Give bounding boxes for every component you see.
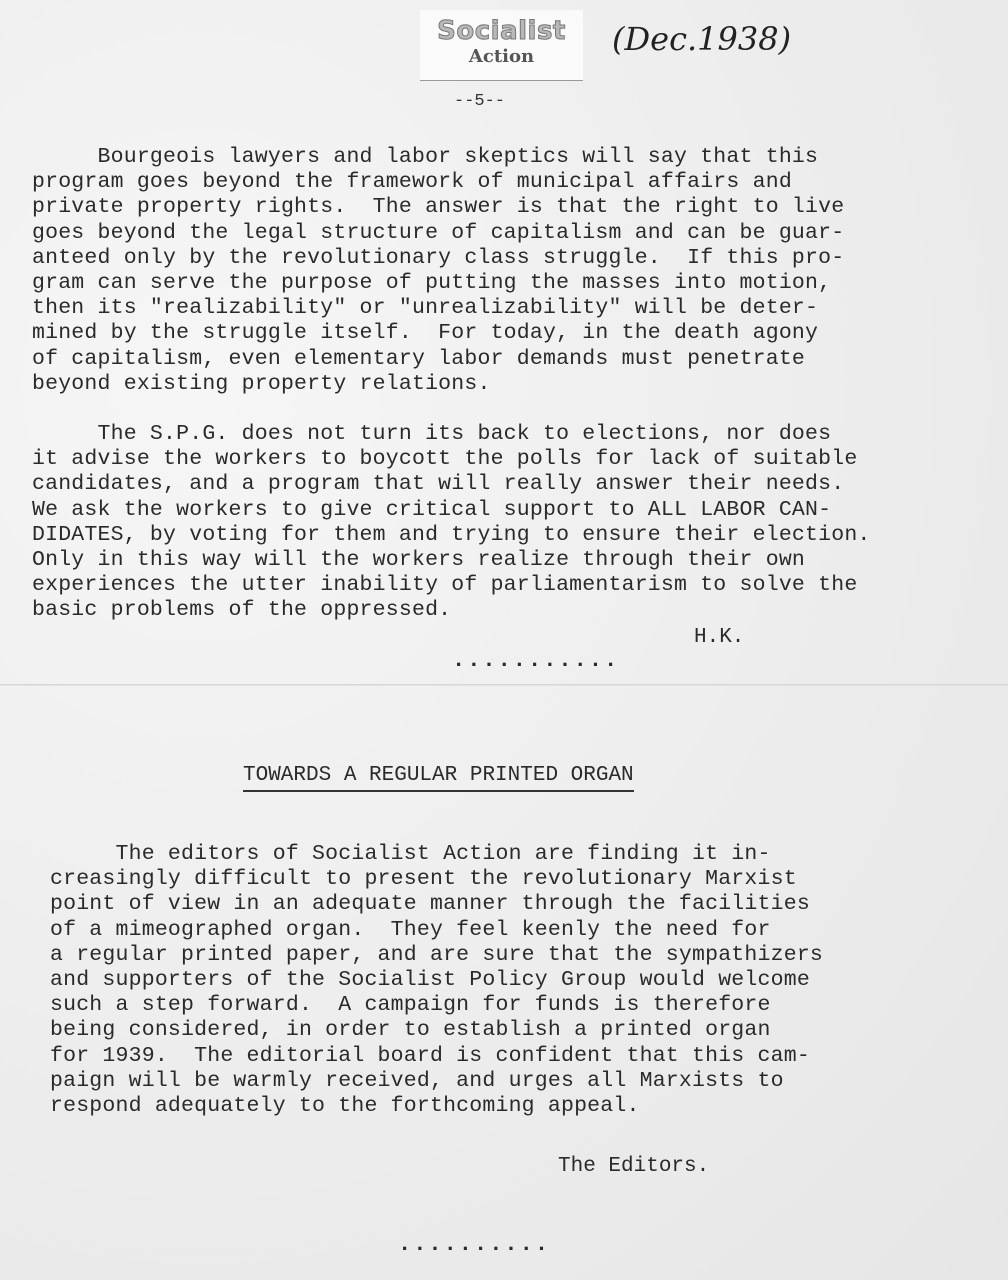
masthead: Socialist Action — [420, 10, 583, 81]
article1-signature: H.K. — [694, 626, 744, 649]
article2-signature: The Editors. — [558, 1155, 709, 1178]
handwritten-date: (Dec.1938) — [612, 20, 791, 58]
article1-paragraph-2: The S.P.G. does not turn its back to ele… — [32, 422, 871, 624]
end-divider: .......... — [398, 1232, 550, 1257]
article2-paragraph: The editors of Socialist Action are find… — [50, 842, 823, 1119]
article2-title: TOWARDS A REGULAR PRINTED ORGAN — [243, 764, 634, 792]
masthead-title: Socialist — [420, 16, 583, 46]
masthead-subtitle: Action — [420, 46, 583, 68]
section-divider: ........... — [452, 648, 619, 673]
page-number: --5-- — [454, 92, 505, 111]
article1-paragraph-1: Bourgeois lawyers and labor skeptics wil… — [32, 145, 844, 397]
paper-fold-line — [0, 684, 1008, 686]
